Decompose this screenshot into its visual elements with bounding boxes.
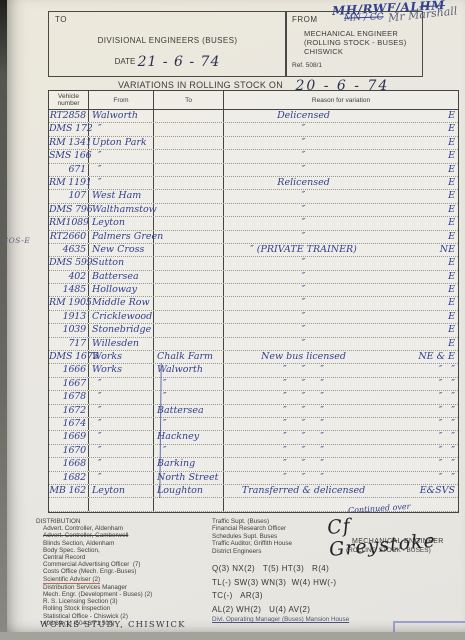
vehicle-number-cell: 1039 [49, 324, 89, 336]
reason-text: ″ [224, 231, 383, 243]
table-row: 1039 Stonebridge ″ E [49, 324, 458, 337]
signer-title-line2: (ROLLING STOCK - BUSES) [346, 547, 431, 554]
vehicle-number-cell: RM 1341 [49, 137, 89, 149]
reason-text: Transferred & delicensed [224, 485, 383, 497]
distribution-item: Distribution Services Manager [43, 584, 212, 591]
from-cell: ″ [89, 391, 154, 403]
vehicle-number-cell: RT2660 [49, 231, 89, 243]
from-cell: Willesden [89, 338, 154, 350]
reason-text: ″ [224, 150, 383, 162]
reason-text: ″ ″ ″ [224, 472, 383, 484]
code-line: AL(2) WH(2) U(4) AV(2) [212, 603, 336, 617]
to-cell: North Street [154, 472, 224, 484]
distribution-item: Central Record [43, 554, 212, 561]
vehicle-number-cell: 107 [49, 190, 89, 202]
reason-text: ″ ″ ″ [224, 405, 383, 417]
to-cell: Chalk Farm [154, 351, 224, 363]
to-box: TO DIVISIONAL ENGINEERS (BUSES) DATE 21 … [48, 11, 287, 77]
licensing-mark: E [448, 190, 455, 202]
from-cell: ″ [89, 123, 154, 135]
distribution-item: R. S. Licensing Section (3) [43, 598, 212, 605]
licensing-mark: E [448, 110, 455, 122]
reason-cell: ″ E [224, 137, 458, 149]
licensing-mark: E&SVS [420, 485, 455, 497]
distribution-list: DISTRIBUTION Advert. Controller, Aldenha… [36, 518, 212, 627]
table-row: RM 1191 ″ Relicensed E [49, 177, 458, 190]
table-row: DMS 796 Walthamstow ″ E [49, 204, 458, 217]
from-cell: West Ham [89, 190, 154, 202]
reason-text: ″ (PRIVATE TRAINER) [224, 244, 383, 256]
to-addressee: DIVISIONAL ENGINEERS (BUSES) [49, 36, 286, 45]
to-cell [154, 498, 224, 510]
reference-number: Ref. 508/1 [292, 62, 322, 69]
reason-text: ″ ″ ″ [224, 391, 383, 403]
reason-cell: ″ ″ ″ ″ ″ [224, 418, 458, 430]
reason-cell: Relicensed E [224, 177, 458, 189]
from-cell: ″ [89, 378, 154, 390]
vehicle-number-cell: RM 1191 [49, 177, 89, 189]
reason-text: ″ [224, 164, 383, 176]
table-row: 402 Battersea ″ E [49, 271, 458, 284]
to-cell: Barking [154, 458, 224, 470]
licensing-mark: ″ ″ [439, 405, 455, 417]
licensing-mark: NE [440, 244, 455, 256]
licensing-mark: E [448, 284, 455, 296]
variations-table: Vehicle number From To Reason for variat… [48, 90, 459, 513]
licensing-mark: ″ ″ [439, 378, 455, 390]
table-row: 1669 ″ Hackney ″ ″ ″ ″ ″ [49, 431, 458, 444]
table-row: 1668 ″ Barking ″ ″ ″ ″ ″ [49, 458, 458, 471]
to-cell: ″ [154, 391, 224, 403]
licensing-mark: E [448, 177, 455, 189]
to-cell [154, 284, 224, 296]
table-row: 1666 Works Walworth ″ ″ ″ ″ ″ [49, 364, 458, 377]
reason-cell: ″ ″ ″ ″ ″ [224, 472, 458, 484]
reason-text: ″ [224, 217, 383, 229]
licensing-mark: E [448, 311, 455, 323]
to-cell: Loughton [154, 485, 224, 497]
reason-cell: ″ ″ ″ ″ ″ [224, 378, 458, 390]
licensing-mark: E [448, 217, 455, 229]
from-cell: Sutton [89, 257, 154, 269]
reason-cell: ″ ″ ″ ″ ″ [224, 364, 458, 376]
table-row: 1674 ″ ″ ″ ″ ″ ″ ″ [49, 418, 458, 431]
licensing-mark: ″ ″ [439, 391, 455, 403]
reason-cell: Transferred & delicensed E&SVS [224, 485, 458, 497]
to-cell: ″ [154, 418, 224, 430]
works-study-handwritten: WORKS STUDY, CHISWICK [40, 620, 186, 630]
reason-cell: ″ E [224, 297, 458, 309]
reason-text: ″ [224, 271, 383, 283]
licensing-mark: ″ ″ [439, 364, 455, 376]
column-header-to: To [154, 91, 224, 109]
reason-cell: ″ E [224, 311, 458, 323]
date-value-handwritten: 21 - 6 - 74 [138, 54, 221, 70]
reason-cell: ″ E [224, 284, 458, 296]
from-cell: Leyton [89, 485, 154, 497]
scan-edge-left [0, 0, 7, 640]
reason-text: ″ [224, 311, 383, 323]
to-cell [154, 217, 224, 229]
from-cell: Works [89, 364, 154, 376]
reason-text: ″ [224, 284, 383, 296]
reason-text: ″ ″ ″ [224, 378, 383, 390]
table-row: RM 1905 Middle Row ″ E [49, 297, 458, 310]
from-cell: Cricklewood [89, 311, 154, 323]
vehicle-number-cell: DMS 796 [49, 204, 89, 216]
table-row: 1672 ″ Battersea ″ ″ ″ ″ ″ [49, 405, 458, 418]
vehicle-number-cell: DMS 1675 [49, 351, 89, 363]
reason-text: ″ ″ ″ [224, 364, 383, 376]
reason-text: ″ [224, 190, 383, 202]
reason-cell: ″ E [224, 190, 458, 202]
table-row: SMS 166 ″ ″ E [49, 150, 458, 163]
distribution-item: Blinds Section, Aldenham [43, 540, 212, 547]
divl-operating-manager-line: Divl. Operating Manager (Buses) Mansion … [212, 616, 349, 623]
licensing-mark: ″ ″ [439, 445, 455, 457]
table-row: 717 Willesden ″ E [49, 338, 458, 351]
from-line-3: CHISWICK [304, 47, 406, 56]
licensing-mark: E [448, 164, 455, 176]
to-cell [154, 150, 224, 162]
distribution-item: Advert. Controller, Aldenham [43, 525, 212, 532]
table-row: 1667 ″ ″ ″ ″ ″ ″ ″ [49, 378, 458, 391]
licensing-mark: E [448, 150, 455, 162]
vehicle-number-cell: 1667 [49, 378, 89, 390]
reason-cell: ″ ″ ″ ″ ″ [224, 391, 458, 403]
distribution-item: Commercial Advertising Officer (7) [43, 561, 212, 568]
distribution-item: Mech. Engr. (Development - Buses) (2) [43, 591, 212, 598]
vehicle-number-cell: 1666 [49, 364, 89, 376]
table-header-row: Vehicle number From To Reason for variat… [49, 91, 458, 110]
distribution-item-underlined: Scientific Adviser (2) [43, 576, 212, 584]
reason-text: Relicensed [224, 177, 383, 189]
code-line: Q(3) NX(2) T(5) HT(3) R(4) [212, 562, 336, 576]
code-line: TL(-) SW(3) WN(3) W(4) HW(-) [212, 576, 336, 590]
table-row: 1682 ″ North Street ″ ″ ″ ″ ″ [49, 472, 458, 485]
table-row: MB 162 Leyton Loughton Transferred & del… [49, 485, 458, 498]
reason-cell: ″ E [224, 271, 458, 283]
from-label: FROM [292, 15, 318, 24]
vehicle-number-cell: 402 [49, 271, 89, 283]
distribution-item: Costs Office (Mech. Engr.-Buses) [43, 568, 212, 575]
from-line-2: (ROLLING STOCK - BUSES) [304, 38, 406, 47]
signer-title-line1: MECHANICAL ENGINEER [352, 538, 444, 545]
reason-cell: ″ E [224, 123, 458, 135]
distribution-item: Body Spec. Section, [43, 547, 212, 554]
table-row: 671 ″ ″ E [49, 164, 458, 177]
to-cell [154, 177, 224, 189]
reason-cell: New bus licensed NE & E [224, 351, 458, 363]
recipients-list: Traffic Supt. (Buses) Financial Research… [212, 518, 352, 555]
reason-cell: ″ E [224, 204, 458, 216]
reason-text: ″ ″ ″ [224, 458, 383, 470]
reason-cell: ″ E [224, 231, 458, 243]
reason-cell: ″ (PRIVATE TRAINER) NE [224, 244, 458, 256]
from-cell: Leyton [89, 217, 154, 229]
to-cell: ″ [154, 445, 224, 457]
vehicle-number-cell: 1682 [49, 472, 89, 484]
reason-cell: ″ ″ ″ ″ ″ [224, 405, 458, 417]
from-cell: ″ [89, 405, 154, 417]
to-cell [154, 311, 224, 323]
reason-text: ″ [224, 123, 383, 135]
vehicle-number-cell: SMS 166 [49, 150, 89, 162]
to-cell [154, 164, 224, 176]
garage-code-counts: Q(3) NX(2) T(5) HT(3) R(4) TL(-) SW(3) W… [212, 562, 336, 616]
vehicle-number-cell: 1670 [49, 445, 89, 457]
to-cell [154, 137, 224, 149]
distribution-item: Rolling Stock Inspection [43, 605, 212, 612]
reason-cell: ″ E [224, 338, 458, 350]
to-cell [154, 324, 224, 336]
vehicle-number-cell: RT2858 [49, 110, 89, 122]
licensing-mark: E [448, 231, 455, 243]
table-row: 1670 ″ ″ ″ ″ ″ ″ ″ [49, 445, 458, 458]
from-cell: Holloway [89, 284, 154, 296]
from-cell: ″ [89, 458, 154, 470]
vehicle-number-cell: 717 [49, 338, 89, 350]
vehicle-number-cell: RM 1905 [49, 297, 89, 309]
from-cell: ″ [89, 164, 154, 176]
reason-text: ″ [224, 204, 383, 216]
reason-text: New bus licensed [224, 351, 383, 363]
table-row: RM 1341 Upton Park ″ E [49, 137, 458, 150]
from-cell: New Cross [89, 244, 154, 256]
reason-cell: ″ ″ ″ ″ ″ [224, 431, 458, 443]
distribution-heading: DISTRIBUTION [36, 518, 212, 525]
licensing-mark: ″ ″ [439, 431, 455, 443]
vehicle-number-cell: 1668 [49, 458, 89, 470]
table-row: DMS 599 Sutton ″ E [49, 257, 458, 270]
licensing-mark: E [448, 324, 455, 336]
to-cell [154, 297, 224, 309]
reason-cell: ″ E [224, 324, 458, 336]
from-cell: ″ [89, 445, 154, 457]
reason-text: ″ [224, 338, 383, 350]
from-cell: Stonebridge [89, 324, 154, 336]
distribution-item-struck: Advert. Controller, Camberwell [43, 532, 212, 539]
recipient-item: Traffic Supt. (Buses) [212, 518, 352, 525]
vehicle-number-cell: RM1089 [49, 217, 89, 229]
from-cell: ″ [89, 150, 154, 162]
licensing-mark: ″ ″ [439, 458, 455, 470]
licensing-mark: E [448, 123, 455, 135]
column-header-from: From [89, 91, 154, 109]
reason-text: ″ ″ ″ [224, 445, 383, 457]
column-header-vehicle: Vehicle number [49, 91, 89, 109]
to-cell [154, 123, 224, 135]
reason-text: ″ [224, 257, 383, 269]
from-cell: Works [89, 351, 154, 363]
reason-text: ″ [224, 137, 383, 149]
from-cell: Palmers Green [89, 231, 154, 243]
reason-cell: ″ E [224, 217, 458, 229]
reason-cell: ″ E [224, 164, 458, 176]
to-cell [154, 257, 224, 269]
vehicle-number-cell: 671 [49, 164, 89, 176]
vehicle-number-cell: DMS 172 [49, 123, 89, 135]
table-row: 4635 New Cross ″ (PRIVATE TRAINER) NE [49, 244, 458, 257]
from-cell: Battersea [89, 271, 154, 283]
scan-edge-bottom [0, 632, 465, 640]
vehicle-number-cell: 1672 [49, 405, 89, 417]
licensing-mark: E [448, 204, 455, 216]
from-cell: ″ [89, 418, 154, 430]
distribution-item: Statistical Office - Chiswick (2) [43, 613, 212, 620]
from-box: FROM MECHANICAL ENGINEER (ROLLING STOCK … [285, 11, 423, 77]
margin-note: SOS-E [3, 236, 30, 245]
recipient-item: District Engineers [212, 548, 352, 555]
table-row: RM1089 Leyton ″ E [49, 217, 458, 230]
to-cell [154, 244, 224, 256]
vehicle-number-cell: 1913 [49, 311, 89, 323]
reason-text: ″ ″ ″ [224, 431, 383, 443]
table-row: DMS 1675 Works Chalk Farm New bus licens… [49, 351, 458, 364]
table-row: DMS 172 ″ ″ E [49, 123, 458, 136]
recipient-item: Schedules Supt. Buses [212, 533, 352, 540]
licensing-mark: E [448, 271, 455, 283]
from-cell: Upton Park [89, 137, 154, 149]
reason-cell: ″ ″ ″ ″ ″ [224, 458, 458, 470]
to-cell: Battersea [154, 405, 224, 417]
licensing-mark: E [448, 137, 455, 149]
table-row: 107 West Ham ″ E [49, 190, 458, 203]
licensing-mark: E [448, 257, 455, 269]
table-row: RT2858 Walworth Delicensed E [49, 110, 458, 123]
table-row: 1485 Holloway ″ E [49, 284, 458, 297]
vehicle-number-cell [49, 498, 89, 510]
to-cell [154, 338, 224, 350]
licensing-mark: E [448, 338, 455, 350]
from-cell: ″ [89, 472, 154, 484]
from-cell: Walthamstow [89, 204, 154, 216]
reason-cell: ″ E [224, 257, 458, 269]
to-cell [154, 231, 224, 243]
to-cell [154, 271, 224, 283]
vehicle-number-cell: 4635 [49, 244, 89, 256]
recipient-item: Traffic Auditor, Griffith House [212, 540, 352, 547]
from-line-1: MECHANICAL ENGINEER [304, 29, 406, 38]
to-cell: Hackney [154, 431, 224, 443]
vehicle-number-cell: 1669 [49, 431, 89, 443]
from-cell: Middle Row [89, 297, 154, 309]
vehicle-number-cell: DMS 599 [49, 257, 89, 269]
column-header-reason: Reason for variation [224, 91, 458, 109]
to-label: TO [55, 15, 67, 24]
to-cell: Walworth [154, 364, 224, 376]
vehicle-number-cell: 1674 [49, 418, 89, 430]
from-cell: ″ [89, 431, 154, 443]
to-cell: ″ [154, 378, 224, 390]
licensing-mark: ″ ″ [439, 418, 455, 430]
date-label: DATE [115, 57, 136, 66]
reason-text: ″ ″ ″ [224, 418, 383, 430]
licensing-mark: ″ ″ [439, 472, 455, 484]
form-title-printed: VARIATIONS IN ROLLING STOCK ON [118, 80, 283, 90]
table-row: 1678 ″ ″ ″ ″ ″ ″ ″ [49, 391, 458, 404]
reason-text: Delicensed [224, 110, 383, 122]
to-cell [154, 190, 224, 202]
vehicle-number-cell: 1678 [49, 391, 89, 403]
vehicle-number-cell: 1485 [49, 284, 89, 296]
reason-cell: Delicensed E [224, 110, 458, 122]
vehicle-number-cell: MB 162 [49, 485, 89, 497]
licensing-mark: E [448, 297, 455, 309]
from-cell [89, 498, 154, 510]
reason-cell: ″ E [224, 150, 458, 162]
table-row: RT2660 Palmers Green ″ E [49, 231, 458, 244]
from-cell: Walworth [89, 110, 154, 122]
licensing-mark: NE & E [418, 351, 455, 363]
recipient-item: Financial Research Officer [212, 525, 352, 532]
code-line: TC(-) AR(3) [212, 589, 336, 603]
reason-cell: ″ ″ ″ ″ ″ [224, 445, 458, 457]
table-row: 1913 Cricklewood ″ E [49, 311, 458, 324]
to-cell [154, 110, 224, 122]
to-cell [154, 204, 224, 216]
from-cell: ″ [89, 177, 154, 189]
reason-text: ″ [224, 324, 383, 336]
reason-text: ″ [224, 297, 383, 309]
